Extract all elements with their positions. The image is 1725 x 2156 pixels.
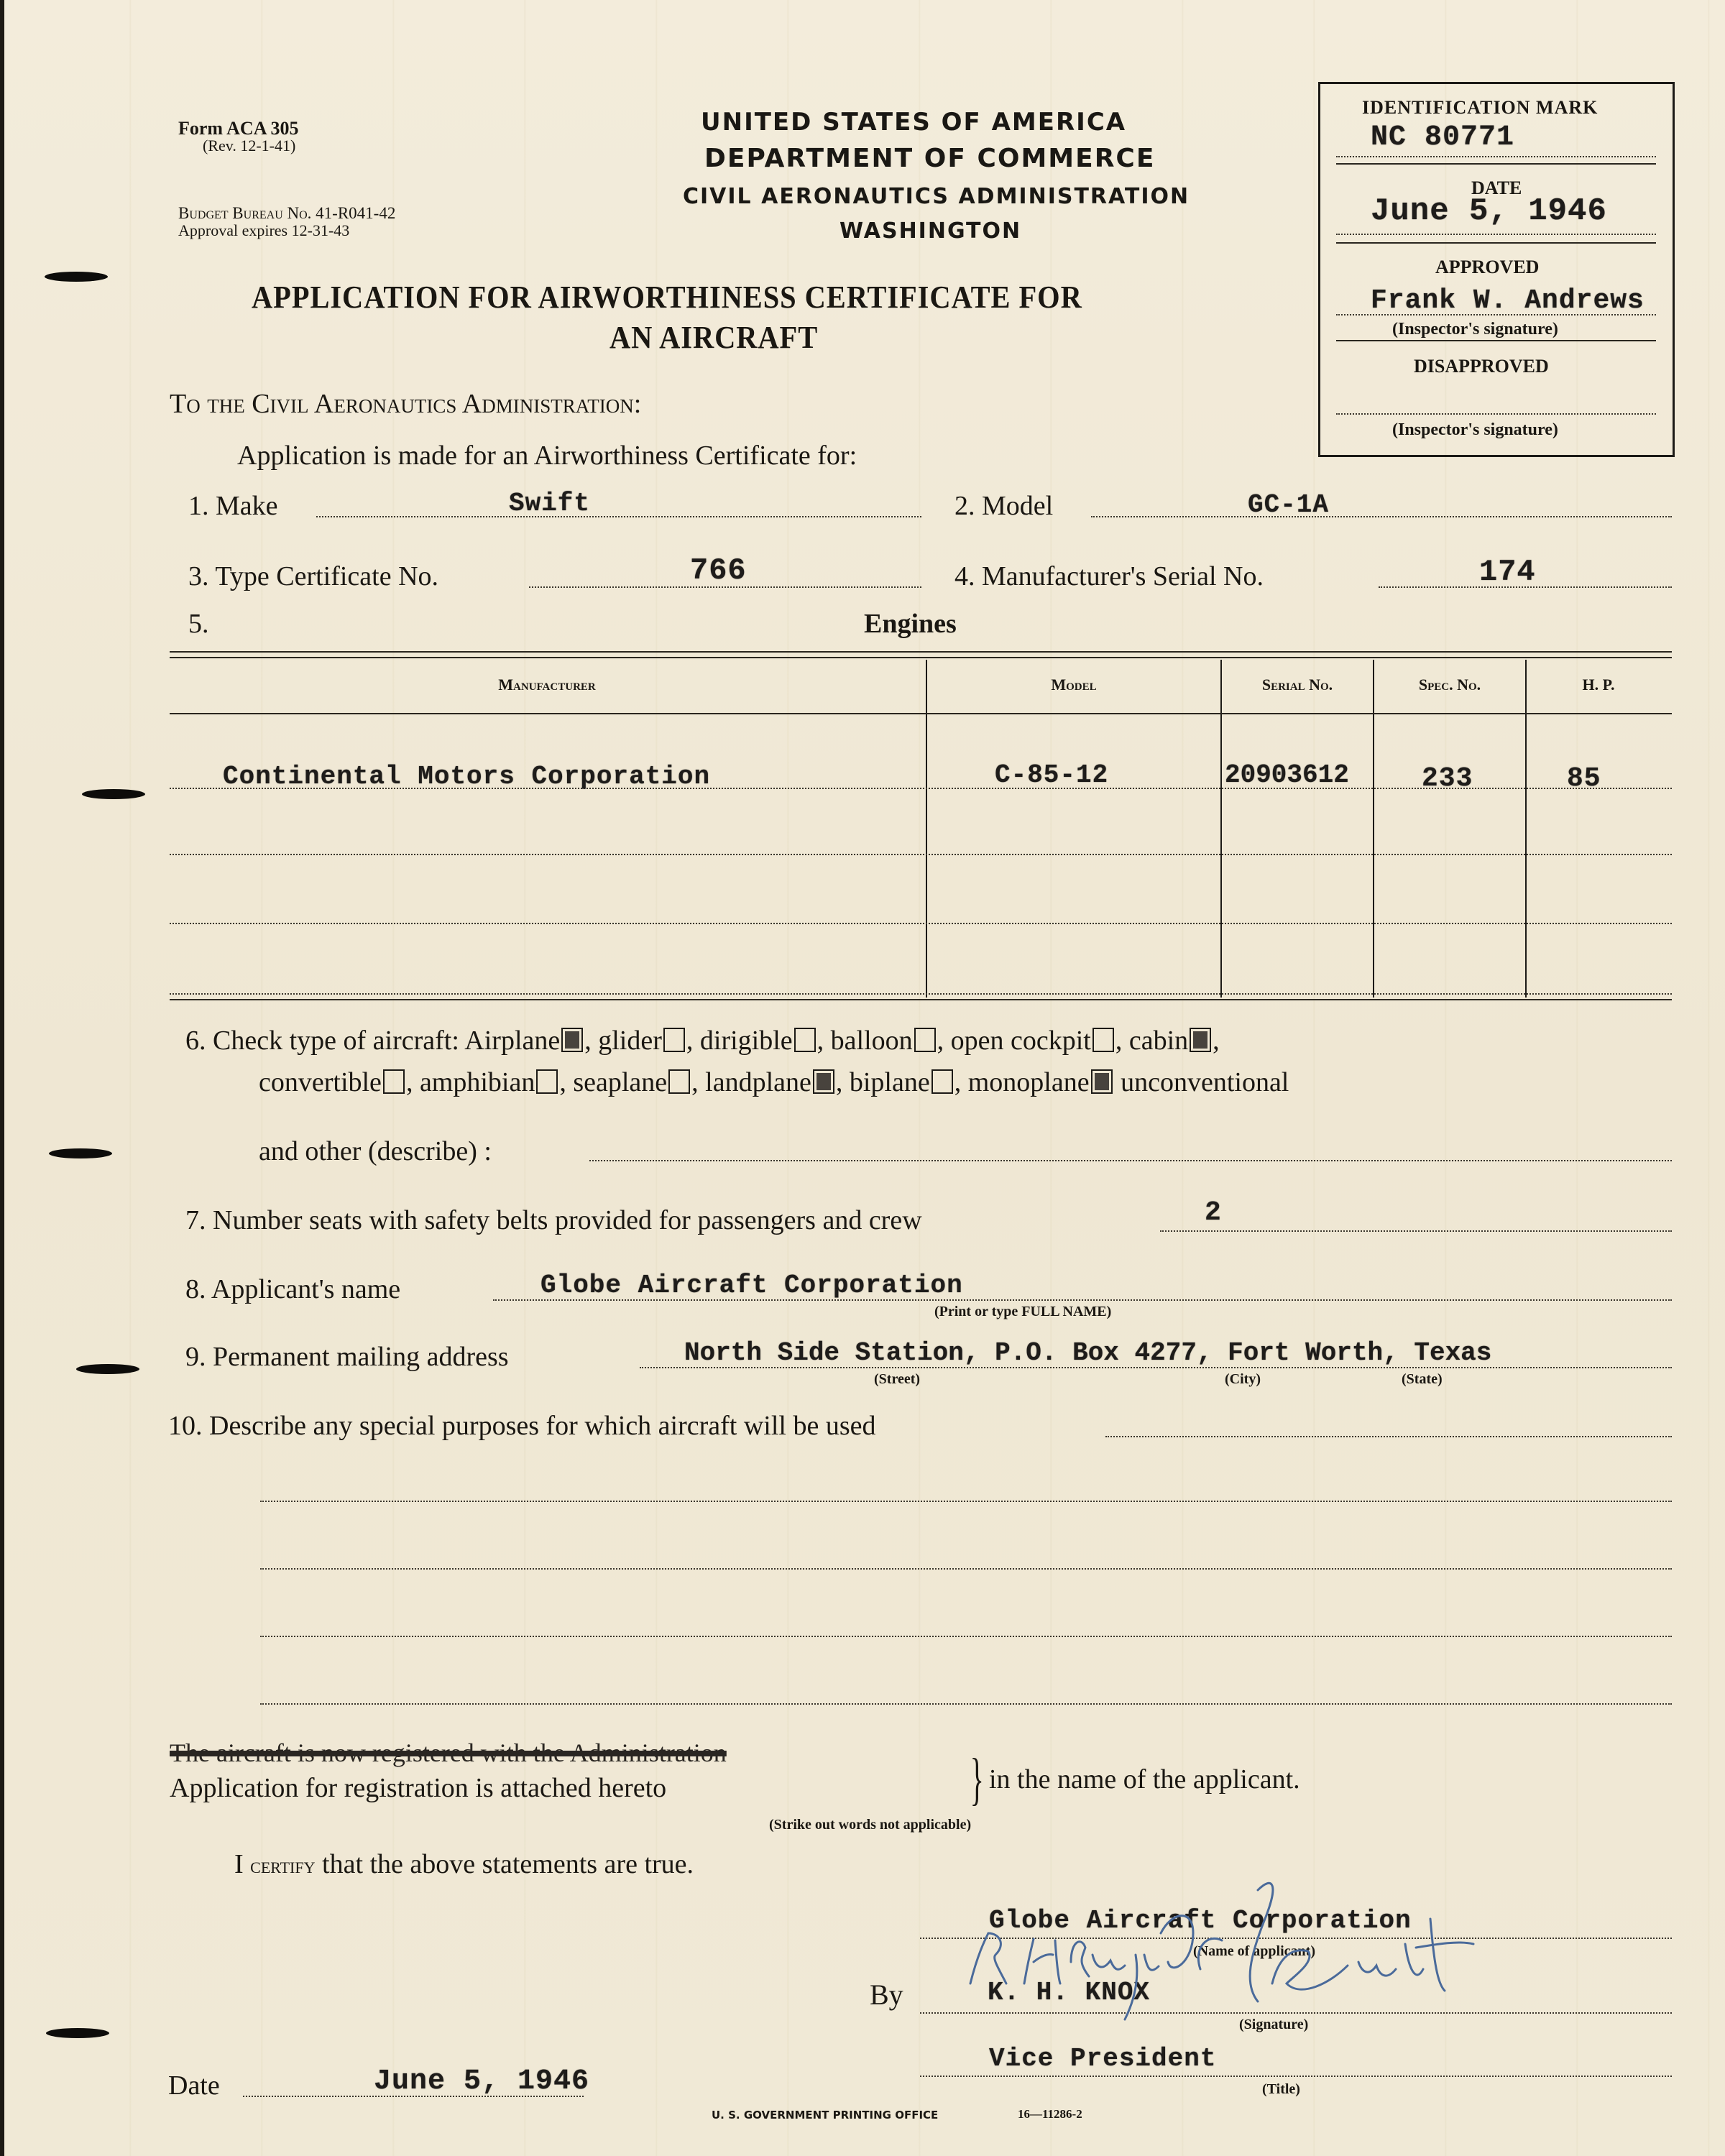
- open-cockpit-checkbox[interactable]: [1092, 1028, 1114, 1052]
- row-line: [170, 854, 1672, 855]
- salutation: To the Civil Aeronautics Administration:: [170, 388, 641, 420]
- seats-label: 7. Number seats with safety belts provid…: [185, 1204, 922, 1236]
- scan-edge: [0, 0, 4, 2156]
- option-amphibian: amphibian: [420, 1067, 535, 1097]
- special-purposes-line-5[interactable]: [260, 1703, 1672, 1705]
- seaplane-checkbox[interactable]: [668, 1069, 690, 1094]
- intro-text: Application is made for an Airworthiness…: [237, 440, 857, 471]
- budget-bureau: Budget Bureau No. 41-R041-42: [178, 204, 395, 223]
- page-title-line-1: APPLICATION FOR AIRWORTHINESS CERTIFICAT…: [252, 279, 1082, 315]
- date-value[interactable]: June 5, 1946: [1371, 193, 1607, 229]
- address-label: 9. Permanent mailing address: [185, 1341, 509, 1373]
- strike-out-hint: (Strike out words not applicable): [769, 1817, 971, 1833]
- option-open-cockpit: open cockpit: [951, 1026, 1091, 1056]
- glider-checkbox[interactable]: [663, 1028, 685, 1052]
- col-divider: [1220, 660, 1222, 998]
- amphibian-checkbox[interactable]: [536, 1069, 558, 1094]
- biplane-checkbox[interactable]: [931, 1069, 953, 1094]
- convertible-checkbox[interactable]: [383, 1069, 405, 1094]
- handwritten-signature: [956, 1876, 1603, 2063]
- inspector-signature-hint-2: (Inspector's signature): [1392, 420, 1558, 440]
- divider: [1336, 234, 1656, 235]
- date-field[interactable]: June 5, 1946: [374, 2065, 589, 2098]
- registration-line-2: Application for registration is attached…: [170, 1772, 666, 1804]
- col-divider: [1525, 660, 1527, 998]
- agency-line-3: CIVIL AERONAUTICS ADMINISTRATION: [683, 184, 1190, 209]
- balloon-checkbox[interactable]: [914, 1028, 936, 1052]
- col-header-serial: Serial No.: [1222, 676, 1373, 694]
- divider: [1336, 340, 1656, 341]
- punch-hole: [45, 272, 108, 282]
- divider: [1336, 163, 1656, 165]
- col-divider: [1373, 660, 1374, 998]
- printer-office: U. S. GOVERNMENT PRINTING OFFICE: [712, 2109, 938, 2122]
- signature-line: [1336, 314, 1656, 315]
- engines-number: 5.: [188, 608, 209, 640]
- by-label: By: [870, 1978, 903, 2012]
- col-header-manufacturer: Manufacturer: [170, 676, 924, 694]
- certify-statement: I certify that the above statements are …: [234, 1848, 694, 1880]
- aircraft-type-label: 6. Check type of aircraft:: [185, 1026, 459, 1056]
- model-label: 2. Model: [954, 490, 1053, 522]
- row-line: [170, 993, 1672, 995]
- id-mark-label: IDENTIFICATION MARK: [1362, 97, 1598, 119]
- option-monoplane: monoplane: [968, 1067, 1090, 1097]
- dirigible-checkbox[interactable]: [794, 1028, 816, 1052]
- applicant-hint: (Print or type FULL NAME): [934, 1304, 1111, 1320]
- address-hint-city: (City): [1225, 1371, 1261, 1388]
- col-header-model: Model: [927, 676, 1220, 694]
- inspector-signature-hint: (Inspector's signature): [1392, 320, 1558, 339]
- address-hint-state: (State): [1402, 1371, 1443, 1388]
- option-airplane: Airplane: [464, 1026, 560, 1056]
- id-mark-value[interactable]: NC 80771: [1371, 121, 1514, 154]
- model-line: [1091, 516, 1672, 517]
- option-balloon: balloon: [831, 1026, 913, 1056]
- printer-code: 16—11286-2: [1018, 2107, 1082, 2122]
- option-seaplane: seaplane: [573, 1067, 667, 1097]
- signature-line: [1336, 413, 1656, 415]
- table-rule-top-2: [170, 657, 1672, 658]
- airplane-checkbox[interactable]: [561, 1028, 583, 1052]
- col-divider: [926, 660, 927, 998]
- seats-line: [1160, 1230, 1672, 1232]
- landplane-checkbox[interactable]: [813, 1069, 834, 1094]
- certify-prefix: I: [234, 1849, 244, 1879]
- make-field[interactable]: Swift: [509, 489, 590, 518]
- engine-hp-cell[interactable]: 85: [1567, 763, 1601, 794]
- row-line: [170, 923, 1672, 924]
- title-field[interactable]: Vice President: [989, 2044, 1216, 2073]
- disapproved-signature[interactable]: [1371, 386, 1658, 412]
- punch-hole: [49, 1148, 112, 1158]
- registration-suffix: in the name of the applicant.: [989, 1764, 1300, 1795]
- approval-expires: Approval expires 12-31-43: [178, 221, 349, 240]
- option-unconventional: unconventional: [1121, 1067, 1289, 1097]
- special-purposes-label: 10. Describe any special purposes for wh…: [168, 1410, 876, 1442]
- option-biplane: biplane: [850, 1067, 930, 1097]
- engine-spec-cell[interactable]: 233: [1422, 763, 1473, 794]
- identification-box: IDENTIFICATION MARK NC 80771 DATE June 5…: [1318, 82, 1675, 457]
- approved-signature[interactable]: Frank W. Andrews: [1371, 285, 1644, 316]
- model-field[interactable]: GC-1A: [1248, 490, 1329, 520]
- other-describe-field[interactable]: [589, 1160, 1672, 1161]
- punch-hole: [46, 2028, 109, 2038]
- col-header-hp: H. P.: [1527, 676, 1670, 694]
- special-purposes-line-3[interactable]: [260, 1568, 1672, 1570]
- type-cert-field[interactable]: 766: [690, 553, 747, 588]
- cabin-checkbox[interactable]: [1190, 1028, 1211, 1052]
- date-label: Date: [168, 2070, 220, 2101]
- make-label: 1. Make: [188, 490, 278, 522]
- special-purposes-line-4[interactable]: [260, 1636, 1672, 1637]
- divider: [1336, 242, 1656, 244]
- engines-heading: Engines: [864, 608, 957, 640]
- aircraft-type-line-2: convertible, amphibian, seaplane, landpl…: [259, 1067, 1289, 1098]
- col-header-spec: Spec. No.: [1374, 676, 1525, 694]
- option-dirigible: dirigible: [700, 1026, 793, 1056]
- divider: [1336, 156, 1656, 157]
- option-cabin: cabin: [1129, 1026, 1188, 1056]
- special-purposes-line-1[interactable]: [1105, 1436, 1672, 1437]
- registration-struck-line: The aircraft is now registered with the …: [170, 1738, 727, 1768]
- page-title-line-2: AN AIRCRAFT: [609, 319, 818, 356]
- agency-line-4: WASHINGTON: [839, 218, 1021, 244]
- engine-model-cell[interactable]: C-85-12: [995, 760, 1108, 790]
- serial-label: 4. Manufacturer's Serial No.: [954, 561, 1264, 592]
- disapproved-label: DISAPPROVED: [1414, 356, 1549, 377]
- table-rule-top: [170, 651, 1672, 653]
- aircraft-type-line-1: 6. Check type of aircraft: Airplane, gli…: [185, 1025, 1220, 1056]
- punch-hole: [76, 1364, 139, 1374]
- make-line: [316, 516, 921, 517]
- agency-line-1: UNITED STATES OF AMERICA: [701, 108, 1126, 137]
- title-hint: (Title): [1262, 2081, 1300, 2098]
- agency-line-2: DEPARTMENT OF COMMERCE: [704, 144, 1155, 173]
- punch-hole: [82, 789, 145, 799]
- seats-field[interactable]: 2: [1205, 1197, 1222, 1228]
- header-rule: [170, 713, 1672, 714]
- applicant-field[interactable]: Globe Aircraft Corporation: [540, 1271, 963, 1300]
- engine-manufacturer-cell[interactable]: Continental Motors Corporation: [223, 762, 710, 791]
- applicant-label: 8. Applicant's name: [185, 1273, 400, 1305]
- brace-icon: }: [970, 1751, 984, 1808]
- certify-rest: that the above statements are true.: [322, 1849, 694, 1879]
- option-glider: glider: [598, 1026, 662, 1056]
- special-purposes-line-2[interactable]: [260, 1501, 1672, 1502]
- table-rule-bottom: [170, 999, 1672, 1000]
- address-field[interactable]: North Side Station, P.O. Box 4277, Fort …: [684, 1338, 1491, 1368]
- serial-field[interactable]: 174: [1479, 555, 1536, 589]
- option-landplane: landplane: [705, 1067, 811, 1097]
- certify-word: certify: [250, 1852, 315, 1878]
- title-line: [920, 2076, 1672, 2077]
- monoplane-checkbox[interactable]: [1091, 1069, 1113, 1094]
- address-hint-street: (Street): [874, 1371, 920, 1388]
- other-describe-label: and other (describe) :: [259, 1135, 492, 1167]
- option-convertible: convertible: [259, 1067, 382, 1097]
- engine-serial-cell[interactable]: 20903612: [1225, 760, 1349, 790]
- form-revision: (Rev. 12-1-41): [203, 137, 295, 155]
- type-cert-label: 3. Type Certificate No.: [188, 561, 438, 592]
- approved-label: APPROVED: [1435, 257, 1539, 278]
